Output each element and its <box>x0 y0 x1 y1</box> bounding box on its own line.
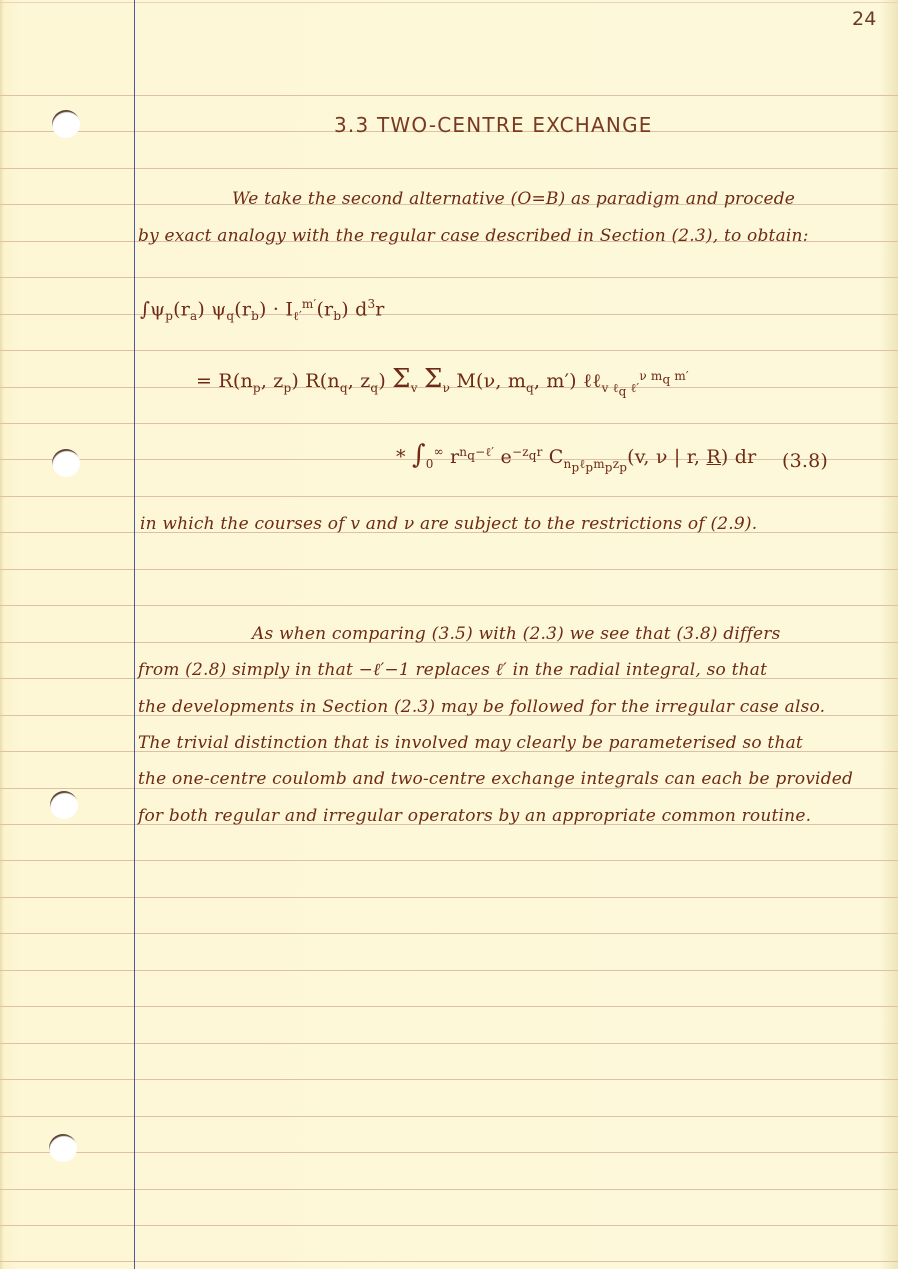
punch-hole <box>49 1134 77 1162</box>
equation-label: (3.8) <box>782 450 828 472</box>
equation-lhs: ∫ψp(ra) ψq(rb) · Iℓ′m′(rb) d3r <box>140 297 385 324</box>
punch-hole <box>52 110 80 138</box>
paragraph-line: We take the second alternative (O=B) as … <box>232 189 795 209</box>
punch-hole <box>52 449 80 477</box>
paragraph-line: by exact analogy with the regular case d… <box>138 226 809 246</box>
margin-line <box>134 0 135 1269</box>
paragraph-line: from (2.8) simply in that −ℓ′−1 replaces… <box>138 660 767 680</box>
punch-hole <box>50 791 78 819</box>
equation-line-3: * ∫0∞ rnq−ℓ′ e−zqr Cnpℓpmpzp(v, ν | r, R… <box>396 440 756 474</box>
paragraph-line: for both regular and irregular operators… <box>138 806 811 826</box>
section-title: 3.3 TWO-CENTRE EXCHANGE <box>334 113 653 137</box>
page-number: 24 <box>852 8 877 30</box>
paragraph-line: in which the courses of v and ν are subj… <box>140 514 757 534</box>
equation-line-2: = R(np, zp) R(nq, zq) Σv Σν M(ν, mq, m′)… <box>196 364 689 398</box>
paragraph-line: the developments in Section (2.3) may be… <box>138 697 825 717</box>
paragraph-line: The trivial distinction that is involved… <box>138 733 803 753</box>
paragraph-line: the one-centre coulomb and two-centre ex… <box>138 769 853 789</box>
notebook-page: 24 3.3 TWO-CENTRE EXCHANGE We take the s… <box>0 0 898 1269</box>
paragraph-line: As when comparing (3.5) with (2.3) we se… <box>252 624 781 644</box>
